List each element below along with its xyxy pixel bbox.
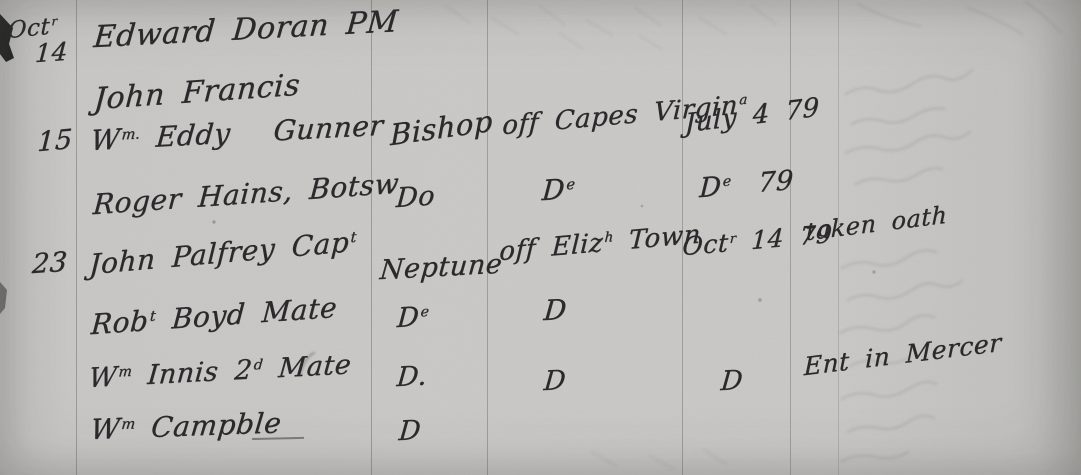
entry-station: off Elizh Town (499, 221, 702, 265)
entries-layer: Octr14Edward Doran PMJohn Francis15Wm. E… (0, 0, 1081, 475)
entry-ship: Do (395, 182, 436, 212)
entry-station: D (543, 296, 568, 325)
entry-day: 15 (37, 126, 74, 156)
register-page: Octr14Edward Doran PMJohn Francis15Wm. E… (0, 0, 1081, 475)
entry-ship: D. (396, 362, 429, 391)
entry-ship: De (396, 303, 429, 332)
entry-name: Wm. Eddy Gunner (90, 112, 385, 156)
entry-name: Roger Hains, Botsw (92, 170, 400, 220)
entry-name: Edward Doran PM (92, 7, 399, 53)
entry-name: John Francis (93, 71, 301, 116)
entry-station: D (543, 367, 568, 395)
entry-name: John Palfrey Capt (89, 228, 357, 280)
entry-ship: Neptune (379, 251, 504, 285)
entry-when: D (720, 367, 745, 395)
entry-remark: Ent in Mercer (804, 330, 1002, 380)
entry-station: De (541, 175, 576, 205)
entry-name: Wm Innis 2d Mate (88, 351, 353, 392)
entry-day: 23 (31, 249, 68, 279)
entry-ship: Bishop (390, 107, 493, 151)
entry-name: Robt Boyd Mate (90, 294, 338, 339)
entry-day: 14 (34, 39, 69, 66)
entry-when: De 79 (699, 167, 795, 202)
entry-remark: taken oath (806, 203, 948, 245)
entry-ship: D (398, 417, 423, 445)
